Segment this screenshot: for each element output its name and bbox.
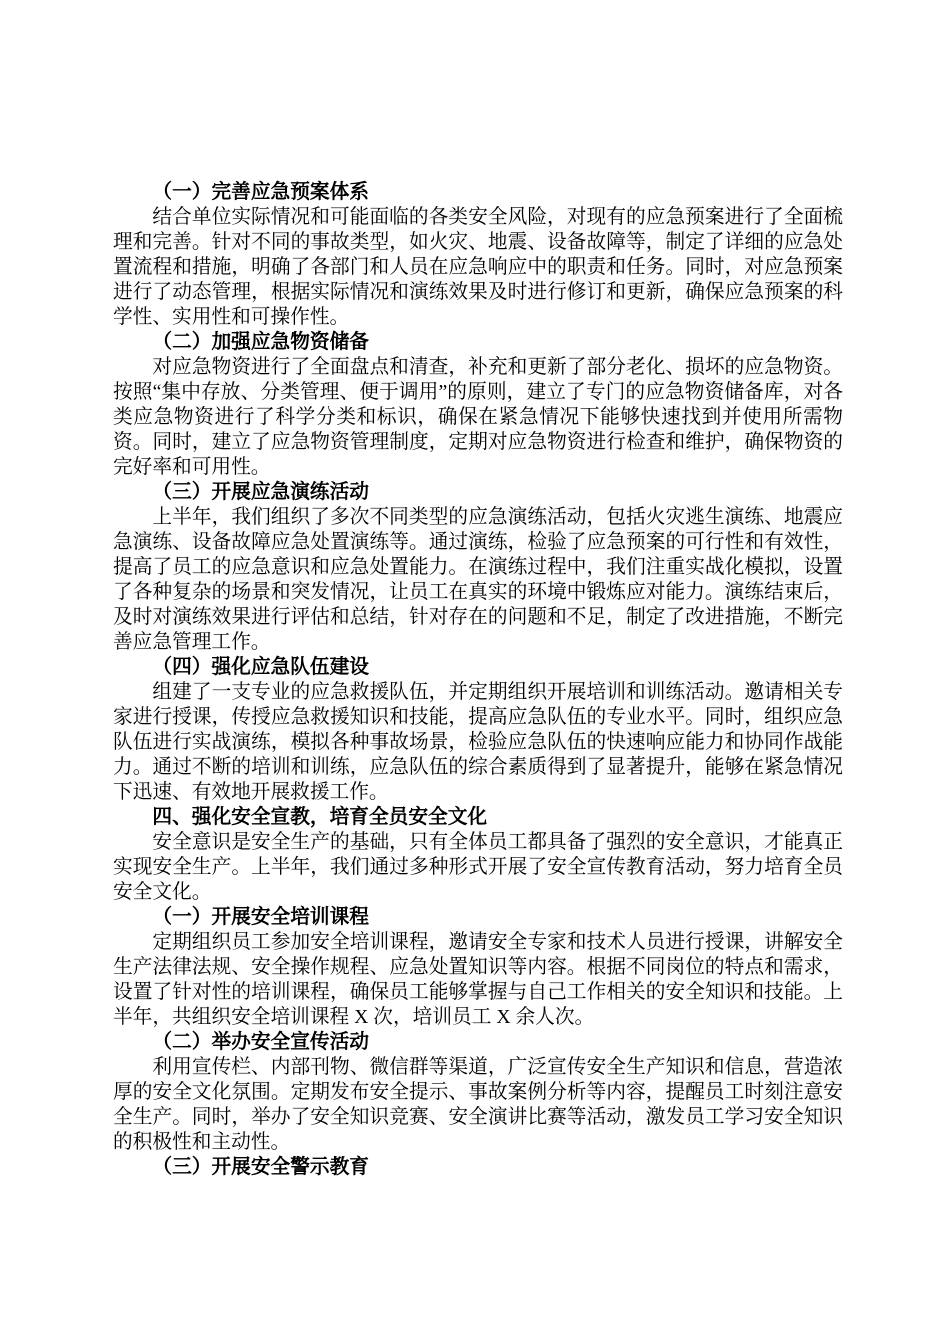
heading-section4-safety-culture: 四、强化安全宣教，培育全员安全文化 [113, 805, 843, 830]
para-emergency-drills: 上半年，我们组织了多次不同类型的应急演练活动，包括火灾逃生演练、地震应急演练、设… [113, 505, 843, 655]
heading-safety-publicity: （二）举办安全宣传活动 [113, 1030, 843, 1055]
para-safety-publicity: 利用宣传栏、内部刊物、微信群等渠道，广泛宣传安全生产知识和信息，营造浓厚的安全文… [113, 1055, 843, 1155]
para-emergency-team: 组建了一支专业的应急救援队伍，并定期组织开展培训和训练活动。邀请相关专家进行授课… [113, 680, 843, 805]
para-emergency-supplies: 对应急物资进行了全面盘点和清查，补充和更新了部分老化、损坏的应急物资。按照“集中… [113, 355, 843, 480]
heading-emergency-drills: （三）开展应急演练活动 [113, 480, 843, 505]
para-safety-training: 定期组织员工参加安全培训课程，邀请安全专家和技术人员进行授课，讲解安全生产法律法… [113, 930, 843, 1030]
document-text-area: （一）完善应急预案体系 结合单位实际情况和可能面临的各类安全风险，对现有的应急预… [113, 180, 843, 1180]
heading-emergency-supplies: （二）加强应急物资储备 [113, 330, 843, 355]
heading-emergency-plan-system: （一）完善应急预案体系 [113, 180, 843, 205]
para-emergency-plan-system: 结合单位实际情况和可能面临的各类安全风险，对现有的应急预案进行了全面梳理和完善。… [113, 205, 843, 330]
heading-safety-warning-education: （三）开展安全警示教育 [113, 1155, 843, 1180]
heading-safety-training: （一）开展安全培训课程 [113, 905, 843, 930]
para-safety-culture-intro: 安全意识是安全生产的基础，只有全体员工都具备了强烈的安全意识，才能真正实现安全生… [113, 830, 843, 905]
heading-emergency-team: （四）强化应急队伍建设 [113, 655, 843, 680]
document-page: （一）完善应急预案体系 结合单位实际情况和可能面临的各类安全风险，对现有的应急预… [0, 0, 950, 1344]
